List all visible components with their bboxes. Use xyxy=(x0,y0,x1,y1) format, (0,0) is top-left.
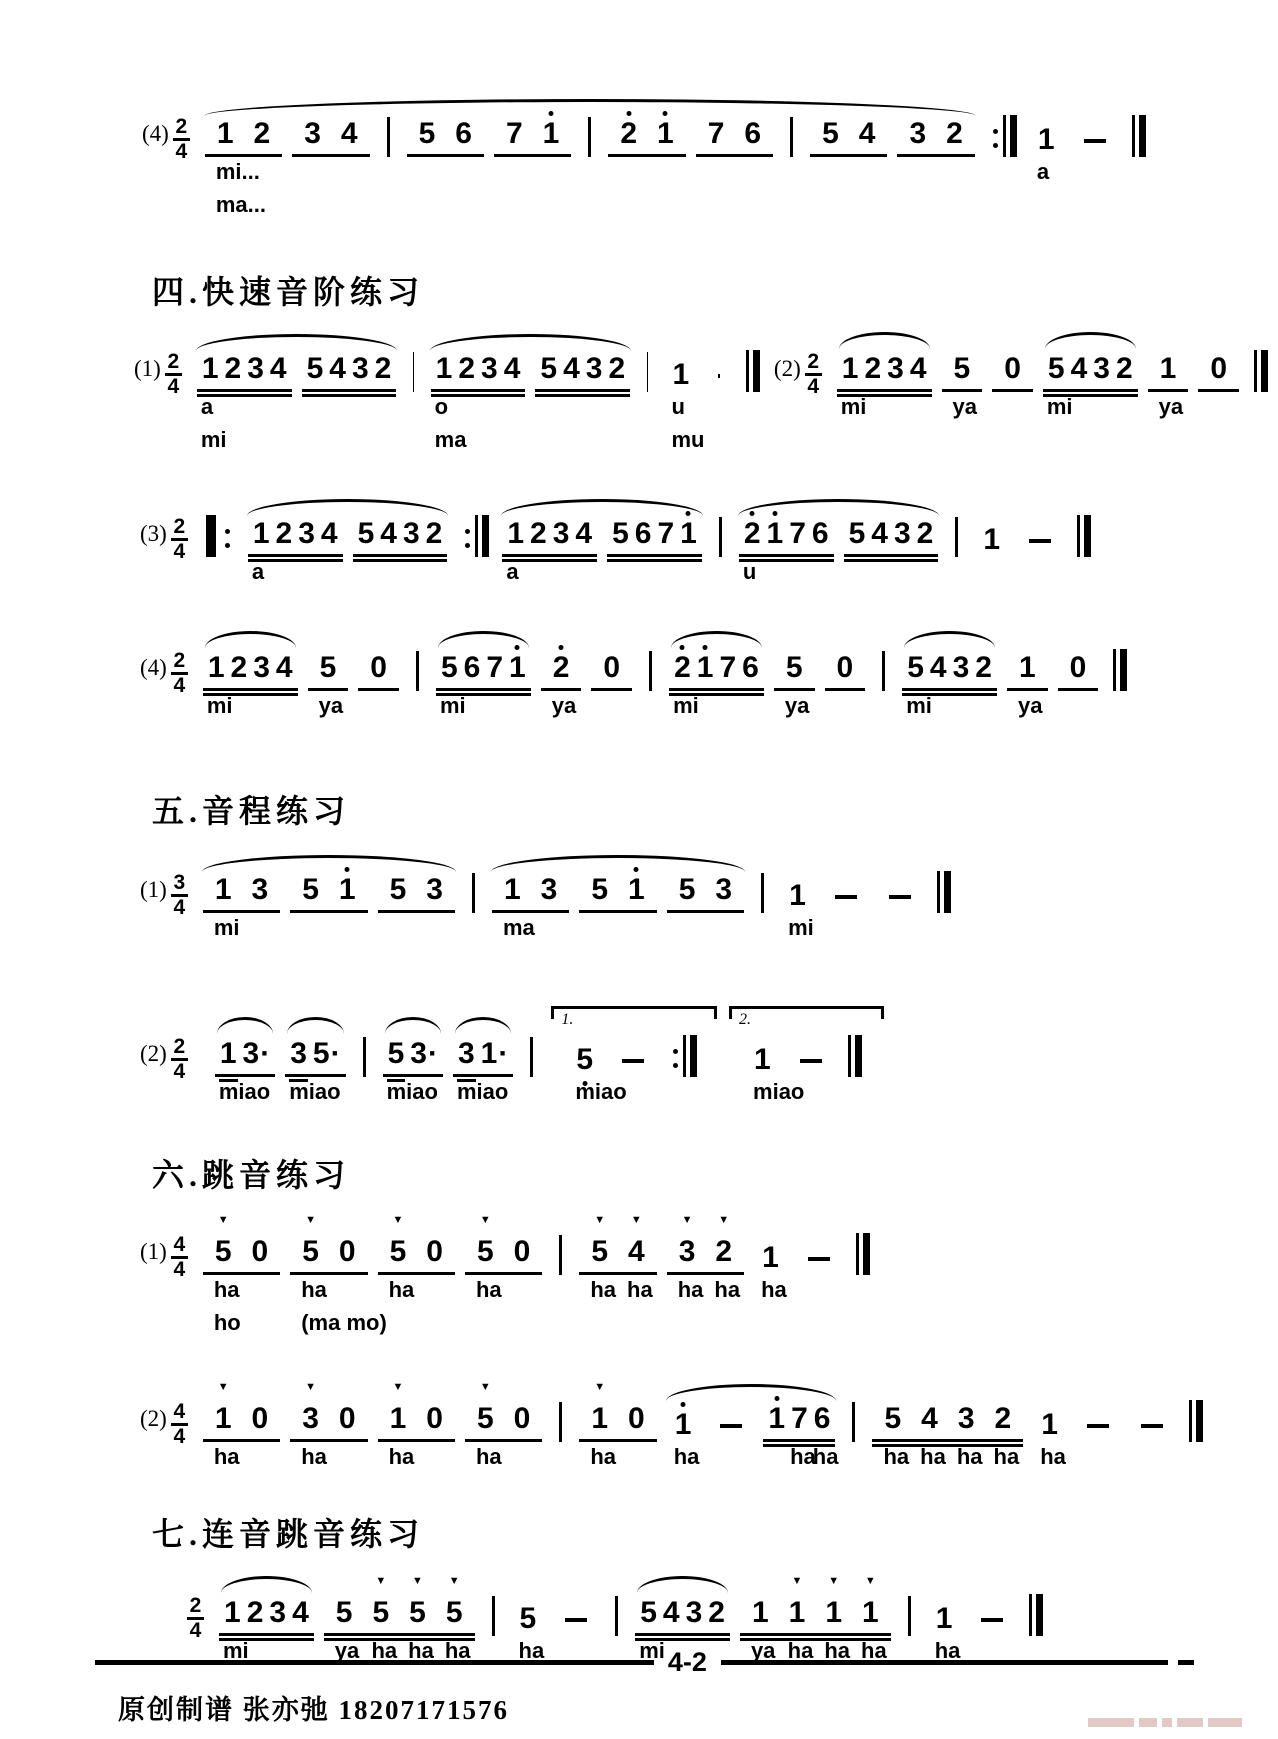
music-row: (2)2413·35·53·31·1.52.1 xyxy=(0,980,1278,1077)
lyric-syllable: mi xyxy=(440,693,466,719)
note: 2 xyxy=(705,1596,728,1630)
staccato-icon: ▼ xyxy=(594,1382,605,1393)
note: 1 xyxy=(1038,1408,1061,1442)
note: 4 xyxy=(849,117,886,151)
score-row: (1)2412345432123454321(2)24123450543210a… xyxy=(0,321,1278,458)
final-barline-thick xyxy=(1196,1400,1203,1442)
section-title: 六.跳音练习 xyxy=(0,1150,1278,1196)
note: 4 xyxy=(331,117,368,151)
note-single: 1 xyxy=(1035,123,1058,157)
note: 5 xyxy=(355,517,378,551)
note-value: 3 xyxy=(686,1596,703,1630)
lyric-syllable: ha xyxy=(590,1444,616,1470)
repeat-barline-start xyxy=(206,515,235,557)
barline xyxy=(492,1596,495,1636)
note: 6 xyxy=(809,517,832,551)
note-value: 0 xyxy=(426,1235,443,1269)
note-value: 1 xyxy=(202,352,219,386)
note-value: 4 xyxy=(563,352,580,386)
note: 5 xyxy=(537,352,560,386)
slur-arc xyxy=(202,855,456,872)
repeat-barline-thin xyxy=(683,1035,686,1077)
note: 2 xyxy=(273,517,296,551)
note-value: 7 xyxy=(506,117,523,151)
note: 1 xyxy=(205,651,228,685)
note: 6 xyxy=(739,651,762,685)
note-value: 4 xyxy=(910,352,927,386)
note-value: 4 xyxy=(921,1402,938,1436)
note-value: 2 xyxy=(708,1596,725,1630)
note: 7 xyxy=(654,517,677,551)
note-value: 2 xyxy=(744,517,761,551)
slur-arc xyxy=(1045,332,1136,349)
final-barline-thin xyxy=(1254,350,1257,392)
note: 3 xyxy=(244,352,267,386)
note: 7 xyxy=(788,1402,811,1436)
note-value: 4 xyxy=(930,651,947,685)
beam-group: 0 xyxy=(1198,352,1239,392)
lyric-row: miyamiyamiyamiya xyxy=(0,691,1278,724)
note-value: 5 xyxy=(884,1402,901,1436)
time-signature-numerator: 2 xyxy=(167,352,179,372)
note: 7 xyxy=(716,651,739,685)
beam-group: 5432 xyxy=(844,517,939,557)
note-value: 1 xyxy=(507,517,524,551)
note-value: 0 xyxy=(370,651,387,685)
note: 4 xyxy=(927,651,950,685)
note-value: 3 xyxy=(541,873,558,907)
note: 1 xyxy=(759,1241,782,1275)
watermark-fragment xyxy=(1177,1718,1203,1727)
note: 2 xyxy=(228,651,251,685)
augmentation-dot: · xyxy=(331,1037,341,1071)
beam-group: 1234 xyxy=(248,517,343,557)
time-signature: 44 xyxy=(171,1402,188,1447)
note-value: 1 xyxy=(220,1037,237,1071)
section-title: 七.连音跳音练习 xyxy=(0,1509,1278,1555)
note-single: 1 xyxy=(672,1408,695,1442)
time-signature: 24 xyxy=(171,517,188,562)
note-value: 3 xyxy=(298,517,315,551)
final-barline xyxy=(1029,1594,1043,1636)
note: 2 xyxy=(527,517,550,551)
final-barline-thin xyxy=(1029,1594,1032,1636)
duration-dash xyxy=(622,1059,644,1063)
note: 5 xyxy=(304,352,327,386)
lyric-syllable: mi xyxy=(201,427,227,453)
exercise-number-label: (1) xyxy=(134,356,161,382)
slur-span: 1176 xyxy=(662,1402,841,1442)
note: 3· xyxy=(407,1037,441,1071)
note-value: 2 xyxy=(864,352,881,386)
note-value: 3 xyxy=(553,517,570,551)
lyric-syllable: mi... xyxy=(216,159,260,185)
exercise-number-label: (4) xyxy=(142,121,169,147)
note-value: 6 xyxy=(455,117,472,151)
beam-group: 1234 xyxy=(502,517,597,557)
note-value: 1 xyxy=(789,1596,806,1630)
note-value: 4 xyxy=(575,517,592,551)
note: 0 xyxy=(504,1235,541,1269)
note: 3 xyxy=(683,1596,706,1630)
note-value: 2 xyxy=(917,517,934,551)
note: ▼5 xyxy=(362,1596,399,1630)
note: 2 xyxy=(244,117,281,151)
final-barline-thin xyxy=(1113,649,1116,691)
repeat-barline-end xyxy=(988,115,1017,157)
note: 5 xyxy=(776,651,813,685)
note-value: 4 xyxy=(276,651,293,685)
lyric-row: mimami xyxy=(0,913,1278,946)
time-signature-numerator: 3 xyxy=(173,873,185,893)
score-row: (3)241234543212345671217654321aau xyxy=(0,486,1278,590)
slur-span: 12345432 xyxy=(243,517,453,557)
beam-group: 176 xyxy=(763,1402,835,1442)
note-value: 5 xyxy=(409,1596,426,1630)
watermark-fragment xyxy=(1162,1718,1172,1727)
staccato-icon: ▼ xyxy=(218,1215,229,1226)
lyric-syllable: miao xyxy=(289,1079,340,1105)
note: 1 xyxy=(647,117,684,151)
barline xyxy=(852,1402,855,1442)
beam-group: ▼50 xyxy=(290,1235,367,1275)
final-barline-thick xyxy=(1120,649,1127,691)
note-value: 3 xyxy=(243,1037,260,1071)
note-value: 5 xyxy=(320,651,337,685)
slur-span: 12345432 xyxy=(426,352,636,392)
beam-group: 0 xyxy=(992,352,1033,392)
beam-group: 5432 xyxy=(535,352,630,392)
note-value: 1 xyxy=(215,873,232,907)
lyric-syllable: mi xyxy=(673,693,699,719)
lyric-syllable: ha xyxy=(813,1444,839,1470)
exercise-number-label: (3) xyxy=(140,521,167,547)
staccato-icon: ▼ xyxy=(218,1382,229,1393)
note-value: 5 xyxy=(372,1596,389,1630)
beam-group: 0 xyxy=(358,651,399,691)
note: 3 xyxy=(287,1037,310,1071)
note: 2 xyxy=(671,651,694,685)
lyric-syllable: ha xyxy=(1040,1444,1066,1470)
staccato-icon: ▼ xyxy=(718,1215,729,1226)
lyric-syllable: ya xyxy=(319,693,343,719)
note-value: 4 xyxy=(663,1596,680,1630)
note-value: 5 xyxy=(313,1037,330,1071)
augmentation-dot: · xyxy=(428,1037,438,1071)
lyric-syllable: a xyxy=(506,559,518,585)
note: 2 xyxy=(936,117,973,151)
staccato-icon: ▼ xyxy=(480,1382,491,1393)
octave-dot-above xyxy=(515,645,520,650)
lyric-row: aau xyxy=(0,557,1278,590)
staccato-icon: ▼ xyxy=(375,1576,386,1587)
octave-dot-above xyxy=(548,111,553,116)
slur-arc xyxy=(287,1017,343,1034)
final-barline xyxy=(1132,115,1146,157)
watermark-fragment xyxy=(1088,1718,1134,1727)
duration-dash xyxy=(720,1424,742,1428)
note-value: 6 xyxy=(635,517,652,551)
note-value: 3 xyxy=(958,1402,975,1436)
repeat-barline-thin xyxy=(213,515,216,557)
augmentation-dot: · xyxy=(260,1037,270,1071)
barline xyxy=(559,1402,562,1442)
music-row: (4)2412345671217654321 xyxy=(0,86,1278,157)
beam-group: 13 xyxy=(203,873,280,913)
beam-group: ▼50 xyxy=(465,1235,542,1275)
octave-dot-above xyxy=(703,645,708,650)
octave-dot-above xyxy=(750,511,755,516)
beam-group: 35· xyxy=(285,1037,345,1077)
lyric-syllable: a xyxy=(201,394,213,420)
note: 6 xyxy=(811,1402,834,1436)
note: 5 xyxy=(637,1596,660,1630)
final-barline-thick xyxy=(944,871,951,913)
note-value: 7 xyxy=(791,1402,808,1436)
note-value: 4 xyxy=(628,1235,645,1269)
staccato-icon: ▼ xyxy=(865,1576,876,1587)
note: 4 xyxy=(907,352,930,386)
final-barline xyxy=(848,1035,862,1077)
note-value: 3 xyxy=(290,1037,307,1071)
music-row: (1)341351531351531 xyxy=(0,842,1278,913)
note-value: 1 xyxy=(208,651,225,685)
note: 5 xyxy=(669,873,706,907)
octave-dot-above xyxy=(772,511,777,516)
note-value: 2 xyxy=(1116,352,1133,386)
duration-dash xyxy=(889,895,911,899)
slur-arc xyxy=(637,1576,728,1593)
note: ▼1 xyxy=(581,1402,618,1436)
note: 3· xyxy=(240,1037,274,1071)
exercise-number-label: (2) xyxy=(774,356,801,382)
note-value: 5 xyxy=(822,117,839,151)
repeat-dot xyxy=(465,543,470,548)
note-value: 0 xyxy=(603,651,620,685)
note-value: 1 xyxy=(217,117,234,151)
note-value: 1 xyxy=(1160,352,1177,386)
final-barline-thin xyxy=(848,1035,851,1077)
slur-arc xyxy=(738,499,940,516)
lyric-syllable: ma xyxy=(503,915,535,941)
lyric-syllable: u xyxy=(743,559,756,585)
note: 5 xyxy=(846,517,869,551)
note-value: 5 xyxy=(679,873,696,907)
lyric-row: miaomiaomiaomiaomiaomiao xyxy=(0,1077,1278,1110)
note: 1 xyxy=(677,517,700,551)
note-value: 5 xyxy=(954,352,971,386)
note-value: 3 xyxy=(426,873,443,907)
note: 4 xyxy=(289,1596,312,1630)
note-value: 6 xyxy=(464,651,481,685)
note-value: 3 xyxy=(586,352,603,386)
note-value: 5 xyxy=(540,352,557,386)
slur-arc xyxy=(491,855,745,872)
note-value: 5 xyxy=(786,651,803,685)
note-value: 3 xyxy=(458,1037,475,1071)
barline xyxy=(955,517,958,557)
note-value: 5 xyxy=(441,651,458,685)
beam-group: 5432 xyxy=(635,1596,730,1636)
note: 5 xyxy=(944,352,981,386)
note-single: 1 xyxy=(933,1602,956,1636)
time-signature: 44 xyxy=(171,1235,188,1280)
footer-rule-right xyxy=(721,1660,1168,1665)
note-value: 3 xyxy=(894,517,911,551)
exercise-number-label: (2) xyxy=(140,1406,167,1432)
note: 3 xyxy=(416,873,453,907)
score-row: (1)341351531351531mimami xyxy=(0,842,1278,946)
beam-group: ▼50 xyxy=(465,1402,542,1442)
final-barline-thick xyxy=(1084,515,1091,557)
note-value: 5 xyxy=(358,517,375,551)
note: 0 xyxy=(827,651,864,685)
note-value: 3 xyxy=(352,352,369,386)
time-signature-numerator: 4 xyxy=(173,1402,185,1422)
octave-dot-above xyxy=(681,1402,686,1407)
note: ▼1 xyxy=(380,1402,417,1436)
final-barline-thin xyxy=(856,1233,859,1275)
exercise-number-label: (1) xyxy=(140,1239,167,1265)
note-value: 1 xyxy=(675,1408,692,1442)
barline xyxy=(719,517,722,557)
note: 3 xyxy=(455,1037,478,1071)
note-value: 2 xyxy=(375,352,392,386)
note-single: 1 xyxy=(751,1043,774,1077)
note: 4 xyxy=(911,1402,948,1436)
slur-span: 21765432 xyxy=(734,517,944,557)
beam-group: 2176 xyxy=(669,651,764,691)
beam-group: 5432 xyxy=(302,352,397,392)
note: 4 xyxy=(572,517,595,551)
duration-dash xyxy=(981,1618,1003,1622)
final-barline-thin xyxy=(1077,515,1080,557)
note: 5 xyxy=(438,651,461,685)
note-value: 2 xyxy=(254,117,271,151)
repeat-barline-thick xyxy=(206,515,213,557)
note: 1 xyxy=(765,1402,788,1436)
note-value: 6 xyxy=(812,517,829,551)
note: 0 xyxy=(416,1402,453,1436)
note: 2 xyxy=(861,352,884,386)
barline xyxy=(363,1037,366,1077)
lyric-syllable: ya xyxy=(1159,394,1183,420)
octave-dot-above xyxy=(634,867,639,872)
octave-dot-above xyxy=(345,867,350,872)
watermark-fragment xyxy=(1139,1718,1157,1727)
slur-arc xyxy=(205,631,296,648)
note-value: 1 xyxy=(672,358,689,392)
octave-dot-above xyxy=(686,511,691,516)
note-value: 5 xyxy=(576,1043,593,1077)
augmentation-dot: · xyxy=(498,1037,508,1071)
beam-group: 5432 xyxy=(1043,352,1138,392)
footer: 4-2 原创制谱 张亦弛 18207171576 xyxy=(0,1647,1278,1727)
slur-arc xyxy=(247,499,449,516)
note-single: 1 xyxy=(669,358,692,392)
slur-arc xyxy=(839,332,930,349)
repeat-dot xyxy=(993,143,998,148)
note-value: 7 xyxy=(789,517,806,551)
lyric-syllable: ha xyxy=(678,1277,704,1303)
note-value: 1 xyxy=(680,517,697,551)
note-value: 0 xyxy=(426,1402,443,1436)
beam-group: 5432 xyxy=(353,517,448,557)
note-value: 3 xyxy=(252,873,269,907)
note: 1 xyxy=(494,873,531,907)
note: 1 xyxy=(751,1043,774,1077)
final-barline xyxy=(746,350,760,392)
note-value: 2 xyxy=(608,352,625,386)
beam-group: 1 xyxy=(1148,352,1189,392)
note-value: 1 xyxy=(591,1402,608,1436)
note: 2 xyxy=(605,352,628,386)
note-value: 3 xyxy=(715,873,732,907)
note: 2 xyxy=(222,352,245,386)
note: 5 xyxy=(517,1602,540,1636)
note-value: 1 xyxy=(657,117,674,151)
note-value: 1 xyxy=(862,1596,879,1630)
note: 3 xyxy=(478,352,501,386)
time-signature: 24 xyxy=(173,117,190,162)
repeat-dot xyxy=(993,129,998,134)
repeat-barline-thick xyxy=(482,515,489,557)
note-value: 4 xyxy=(871,517,888,551)
lyric-syllable: (ma mo) xyxy=(301,1310,387,1336)
volta-bracket: 1.5 xyxy=(551,1006,717,1077)
note-value: 1 xyxy=(768,1402,785,1436)
note-value: 4 xyxy=(341,117,358,151)
note-value: 2 xyxy=(620,117,637,151)
note: ▼5 xyxy=(581,1235,618,1269)
octave-dot-above xyxy=(559,645,564,650)
lyric-syllable: miao xyxy=(753,1079,804,1105)
staccato-icon: ▼ xyxy=(828,1576,839,1587)
note: 1 xyxy=(672,1408,695,1442)
note: 2 xyxy=(423,517,446,551)
beam-group: ▼50 xyxy=(378,1235,455,1275)
note: 5 xyxy=(904,651,927,685)
repeat-dots xyxy=(993,119,998,157)
note-value: 5 xyxy=(612,517,629,551)
slur-arc xyxy=(904,631,995,648)
note: 0 xyxy=(329,1402,366,1436)
barline xyxy=(615,1596,618,1636)
beam-group: 13· xyxy=(215,1037,275,1077)
beam-group: 1234 xyxy=(837,352,932,392)
note: 0 xyxy=(360,651,397,685)
note-value: 5 xyxy=(302,1235,319,1269)
note: 3 xyxy=(1090,352,1113,386)
score-row: (4)24123450567120217650543210miyamiyamiy… xyxy=(0,620,1278,724)
note: 5 xyxy=(609,517,632,551)
repeat-dots xyxy=(225,519,230,557)
slur-arc xyxy=(671,631,762,648)
lyric-syllable: ha xyxy=(301,1277,327,1303)
note: 3 xyxy=(583,352,606,386)
slur-arc xyxy=(221,1576,312,1593)
time-signature: 24 xyxy=(805,352,822,397)
note-value: 1 xyxy=(825,1596,842,1630)
time-signature-numerator: 4 xyxy=(173,1235,185,1255)
barline xyxy=(908,1596,911,1636)
section-title: 四.快速音阶练习 xyxy=(0,267,1278,313)
note: 1 xyxy=(786,879,809,913)
slur-arc xyxy=(385,1017,441,1034)
note: 2 xyxy=(972,651,995,685)
lyric-syllable: mi xyxy=(841,394,867,420)
note-value: 0 xyxy=(1210,352,1227,386)
